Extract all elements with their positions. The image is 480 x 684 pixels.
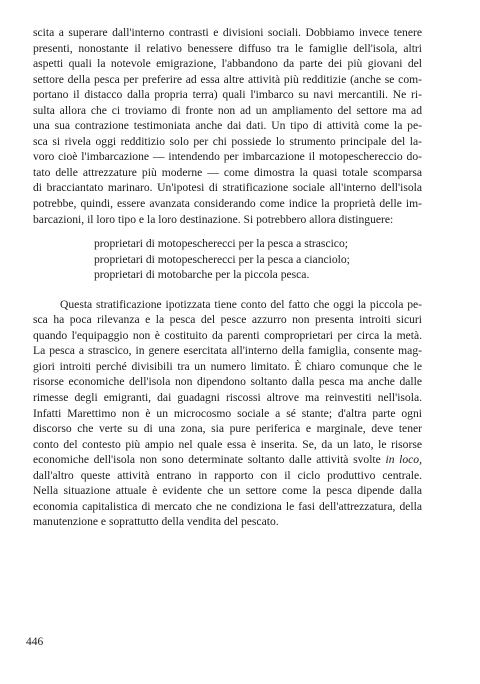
text-line: sca ha poca rilevanza e la pesca del pes… — [33, 312, 422, 328]
text-segment: economiche dell'isola non sono determina… — [33, 453, 385, 466]
text-line: una sua contrazione testimoniata anche d… — [33, 118, 422, 134]
list-item: proprietari di motopescherecci per la pe… — [94, 252, 422, 268]
text-line: voro cioè l'imbarcazione — intendendo pe… — [33, 149, 422, 165]
text-line: rimesse degli emigranti, dai guadagni ri… — [33, 390, 422, 406]
text-line: sca si rivela oggi redditizio solo per c… — [33, 134, 422, 150]
text-line: risorse economiche dell'isola non dipend… — [33, 374, 422, 390]
text-line: settore della pesca per preferire ad ess… — [33, 72, 422, 88]
list-item: proprietari di motopescherecci per la pe… — [94, 236, 422, 252]
text-line: tato delle attrezzature più moderne — co… — [33, 165, 422, 181]
text-line: sulta allora che ci troviamo di fronte n… — [33, 103, 422, 119]
page-number: 446 — [26, 636, 43, 648]
text-line: di bracciantato marinaro. Un'ipotesi di … — [33, 180, 422, 196]
paragraph-1: scita a superare dall'interno contrasti … — [33, 25, 422, 227]
text-line: Questa stratificazione ipotizzata tiene … — [33, 297, 422, 313]
text-line: aspetti quali la notevole emigrazione, l… — [33, 56, 422, 72]
text-line: Infatti Marettimo non è un microcosmo so… — [33, 406, 422, 422]
text-line: portano il distacco dalla propria terra)… — [33, 87, 422, 103]
text-line: manutenzione e soprattutto della vendita… — [33, 514, 422, 530]
text-line: scita a superare dall'interno contrasti … — [33, 25, 422, 41]
list-item: proprietari di motobarche per la piccola… — [94, 267, 422, 283]
text-line: presenti, nonostante il relativo benesse… — [33, 41, 422, 57]
text-line: Nella situazione attuale è evidente che … — [33, 483, 422, 499]
text-line: quando l'equipaggio non è costituito da … — [33, 328, 422, 344]
text-line: conto del contesto più ampio nel quale e… — [33, 437, 422, 453]
text-line: discorso che verte su di una zona, sia p… — [33, 421, 422, 437]
boat-owner-list: proprietari di motopescherecci per la pe… — [94, 236, 422, 283]
paragraph-2: Questa stratificazione ipotizzata tiene … — [33, 297, 422, 530]
text-line: La pesca a strascico, in genere esercita… — [33, 343, 422, 359]
text-line: economiche dell'isola non sono determina… — [33, 452, 422, 468]
document-page: scita a superare dall'interno contrasti … — [33, 25, 422, 530]
text-line: potrebbe, quindi, essere avanzata consid… — [33, 196, 422, 212]
text-line: giori introiti perché divisibili tra un … — [33, 359, 422, 375]
text-line: dall'altro queste attività entrano in ra… — [33, 468, 422, 484]
text-line: economia capitalistica di mercato che ne… — [33, 499, 422, 515]
italic-phrase: in loco, — [385, 453, 422, 466]
text-line: barcazioni, il loro tipo e la loro desti… — [33, 212, 422, 228]
